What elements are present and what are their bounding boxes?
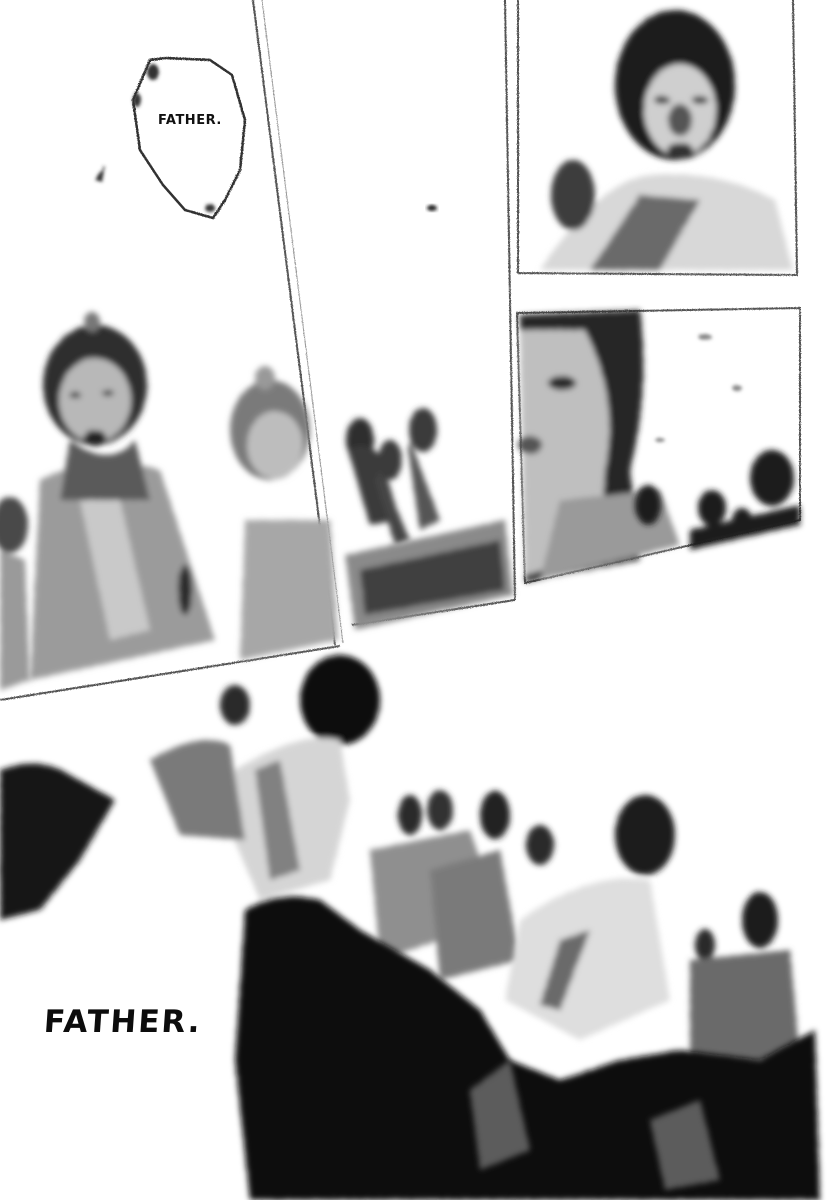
speech-bubble-text: FATHER. — [158, 113, 222, 128]
narration-caption: FATHER. — [43, 1004, 203, 1040]
girl-portrait — [540, 10, 793, 270]
panel-4-specks — [655, 334, 742, 442]
bubble-ink-marks — [95, 64, 215, 212]
child-figure-right — [230, 366, 338, 660]
young-man-portrait — [518, 310, 680, 582]
speech-bubble — [133, 58, 245, 218]
distant-figures — [346, 408, 440, 545]
lead-figure — [150, 655, 380, 900]
child-figure-left — [30, 312, 215, 680]
child-figure-edge — [0, 497, 30, 690]
hillside — [345, 520, 513, 630]
far-right-figure — [690, 892, 800, 1070]
ink-speck — [427, 205, 437, 211]
left-ink-mass — [0, 764, 115, 920]
